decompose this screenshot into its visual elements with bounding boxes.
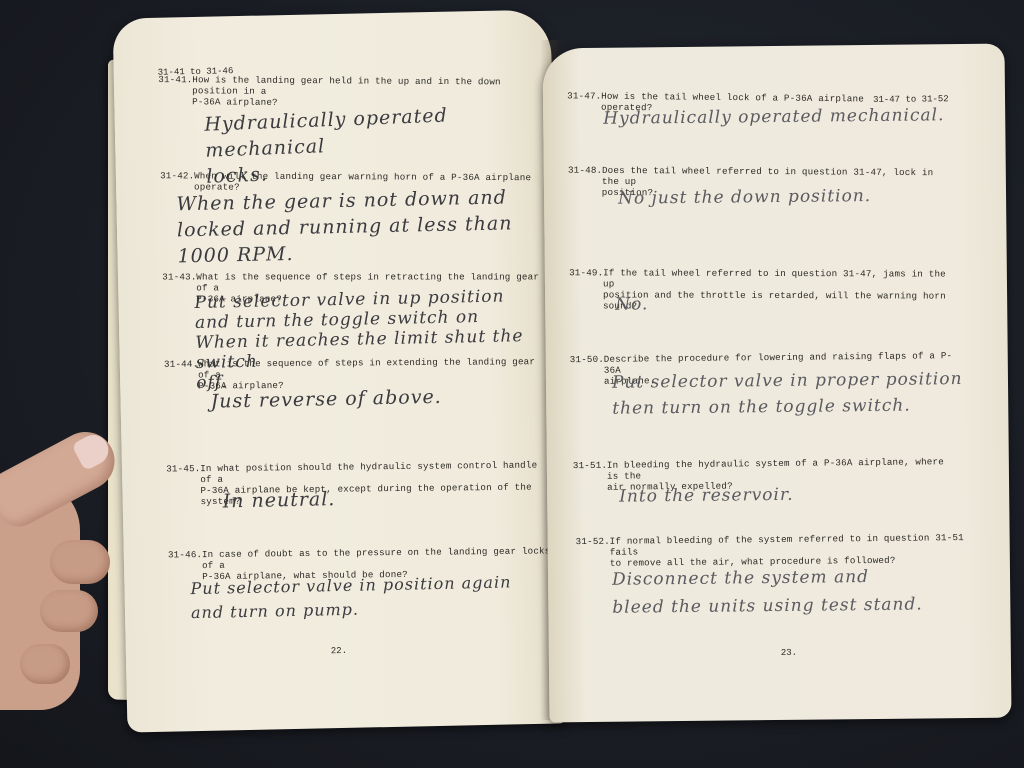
question-number: 31-48. xyxy=(568,165,602,176)
page-number-23: 23. xyxy=(781,648,797,658)
question-number: 31-50. xyxy=(570,354,604,365)
left-page: 31-41 to 31-46 31-41. How is the landing… xyxy=(113,9,566,732)
hand-holding-booklet xyxy=(0,440,150,710)
answer-31-52: Disconnect the system and bleed the unit… xyxy=(612,562,923,621)
question-number: 31-49. xyxy=(569,267,603,278)
finger xyxy=(50,540,110,584)
question-number: 31-43. xyxy=(162,271,196,282)
question-number: 31-46. xyxy=(168,549,202,560)
open-booklet: 31-41 to 31-46 31-41. How is the landing… xyxy=(0,0,1024,768)
answer-31-42: When the gear is not down and locked and… xyxy=(176,184,513,269)
question-number: 31-51. xyxy=(573,460,607,471)
question-number: 31-52. xyxy=(576,536,610,547)
question-number: 31-47. xyxy=(567,90,601,101)
question-number: 31-42. xyxy=(160,170,194,181)
question-number: 31-44. xyxy=(164,359,198,370)
finger xyxy=(20,644,70,684)
question-31-49: 31-49. If the tail wheel referred to in … xyxy=(603,267,953,312)
answer-31-47: Hydraulically operated mechanical. xyxy=(603,102,944,132)
answer-31-49: No. xyxy=(615,291,648,317)
answer-31-51: Into the reservoir. xyxy=(619,482,794,510)
answer-31-50: Put selector valve in proper position th… xyxy=(612,366,963,422)
question-number: 31-45. xyxy=(166,463,200,474)
answer-31-46: Put selector valve in position again and… xyxy=(190,570,512,625)
finger xyxy=(40,590,98,632)
answer-31-45: In neutral. xyxy=(222,486,335,514)
answer-31-44: Just reverse of above. xyxy=(210,384,442,415)
page-number-22: 22. xyxy=(331,646,347,656)
question-text: If the tail wheel referred to in questio… xyxy=(603,267,946,311)
right-page: 31-47 to 31-52 31-47. How is the tail wh… xyxy=(542,44,1011,723)
question-number: 31-41. xyxy=(158,74,192,85)
answer-31-48: No just the down position. xyxy=(618,183,871,212)
